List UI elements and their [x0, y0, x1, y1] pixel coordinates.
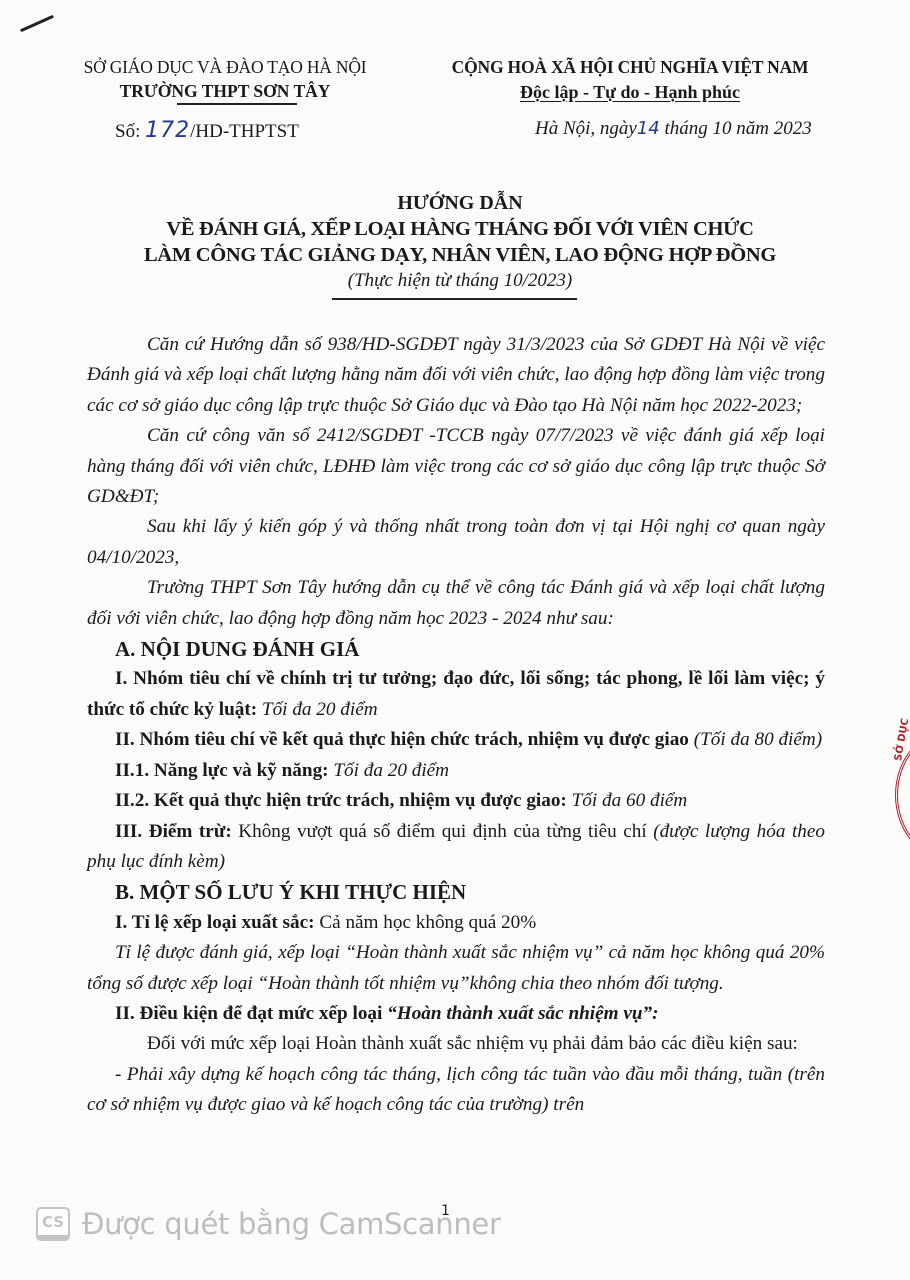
doc-number-handwritten: 172	[145, 118, 190, 143]
item-value: Tối đa 20 điểm	[262, 699, 378, 720]
title-effective-date: (Thực hiện từ tháng 10/2023)	[80, 268, 840, 294]
pen-mark	[20, 15, 54, 32]
section-b-item-2-desc: Đối với mức xếp loại Hoàn thành xuất sắc…	[87, 1029, 825, 1059]
camscanner-logo-icon: CS	[36, 1207, 70, 1241]
title-line-3: LÀM CÔNG TÁC GIẢNG DẠY, NHÂN VIÊN, LAO Đ…	[80, 242, 840, 268]
section-b-item-2: II. Điều kiện để đạt mức xếp loại “Hoàn …	[87, 999, 825, 1029]
doc-number-prefix: Số:	[115, 121, 145, 142]
school-name: TRƯỜNG THPT SƠN TÂY	[60, 79, 390, 103]
issuing-authority-header: SỞ GIÁO DỤC VÀ ĐÀO TẠO HÀ NỘI TRƯỜNG THP…	[60, 55, 390, 105]
title-line-1: HƯỚNG DẪN	[80, 190, 840, 216]
item-label-quote: “Hoàn thành xuất sắc nhiệm vụ”:	[387, 1003, 658, 1024]
item-label: II.2. Kết quả thực hiện trức trách, nhiệ…	[115, 790, 572, 811]
national-motto: Độc lập - Tự do - Hạnh phúc	[440, 79, 820, 105]
country-name: CỘNG HOÀ XÃ HỘI CHỦ NGHĨA VIỆT NAM	[440, 55, 820, 79]
item-value: Tối đa 60 điểm	[572, 790, 688, 811]
item-value: Tối đa 20 điểm	[333, 760, 449, 781]
preamble-3: Sau khi lấy ý kiến góp ý và thống nhất t…	[87, 512, 825, 573]
camscanner-watermark: CS Được quét bằng CamScanner	[36, 1207, 501, 1241]
section-a-item-2: II. Nhóm tiêu chí về kết quả thực hiện c…	[87, 725, 825, 755]
section-a-item-3: III. Điểm trừ: Không vượt quá số điểm qu…	[87, 817, 825, 878]
section-b-item-1-desc: Tỉ lệ được đánh giá, xếp loại “Hoàn thàn…	[87, 938, 825, 999]
section-b-item-2-bullet: - Phải xây dựng kế hoạch công tác tháng,…	[87, 1060, 825, 1121]
preamble-1: Căn cứ Hướng dẫn số 938/HD-SGDĐT ngày 31…	[87, 330, 825, 421]
item-label: III. Điểm trừ:	[115, 821, 238, 842]
item-value: (Tối đa 80 điểm)	[694, 729, 822, 750]
doc-number-suffix: /HD-THPTST	[190, 121, 299, 142]
document-title: HƯỚNG DẪN VỀ ĐÁNH GIÁ, XẾP LOẠI HÀNG THÁ…	[80, 190, 840, 294]
section-b-heading: B. MỘT SỐ LƯU Ý KHI THỰC HIỆN	[87, 877, 825, 907]
national-motto-header: CỘNG HOÀ XÃ HỘI CHỦ NGHĨA VIỆT NAM Độc l…	[440, 55, 820, 105]
place-date: Hà Nội, ngày14 tháng 10 năm 2023	[535, 118, 812, 140]
preamble-4: Trường THPT Sơn Tây hướng dẫn cụ thể về …	[87, 573, 825, 634]
item-text: Cả năm học không quá 20%	[319, 912, 536, 933]
place-date-prefix: Hà Nội, ngày	[535, 118, 637, 139]
item-label: I. Tỉ lệ xếp loại xuất sắc:	[115, 912, 319, 933]
item-label: II.1. Năng lực và kỹ năng:	[115, 760, 333, 781]
department-name: SỞ GIÁO DỤC VÀ ĐÀO TẠO HÀ NỘI	[60, 55, 390, 79]
header-divider	[177, 103, 297, 105]
section-a-item-2-1: II.1. Năng lực và kỹ năng: Tối đa 20 điể…	[87, 756, 825, 786]
document-number: Số: 172/HD-THPTST	[115, 118, 299, 143]
item-label: II. Nhóm tiêu chí về kết quả thực hiện c…	[115, 729, 694, 750]
day-handwritten: 14	[637, 118, 660, 139]
item-label: II. Điều kiện để đạt mức xếp loại	[115, 1003, 387, 1024]
document-body: Căn cứ Hướng dẫn số 938/HD-SGDĐT ngày 31…	[87, 330, 825, 1121]
title-line-2: VỀ ĐÁNH GIÁ, XẾP LOẠI HÀNG THÁNG ĐỐI VỚI…	[80, 216, 840, 242]
item-text: Không vượt quá số điểm qui định của từng…	[238, 821, 653, 842]
title-divider	[332, 298, 577, 300]
section-a-heading: A. NỘI DUNG ĐÁNH GIÁ	[87, 634, 825, 664]
section-b-item-1: I. Tỉ lệ xếp loại xuất sắc: Cả năm học k…	[87, 908, 825, 938]
item-label: I. Nhóm tiêu chí về chính trị tư tưởng; …	[87, 668, 825, 719]
place-date-suffix: tháng 10 năm 2023	[660, 118, 812, 139]
preamble-2: Căn cứ công văn số 2412/SGDĐT -TCCB ngày…	[87, 421, 825, 512]
section-a-item-2-2: II.2. Kết quả thực hiện trức trách, nhiệ…	[87, 786, 825, 816]
section-a-item-1: I. Nhóm tiêu chí về chính trị tư tưởng; …	[87, 664, 825, 725]
watermark-text: Được quét bằng CamScanner	[82, 1207, 501, 1241]
